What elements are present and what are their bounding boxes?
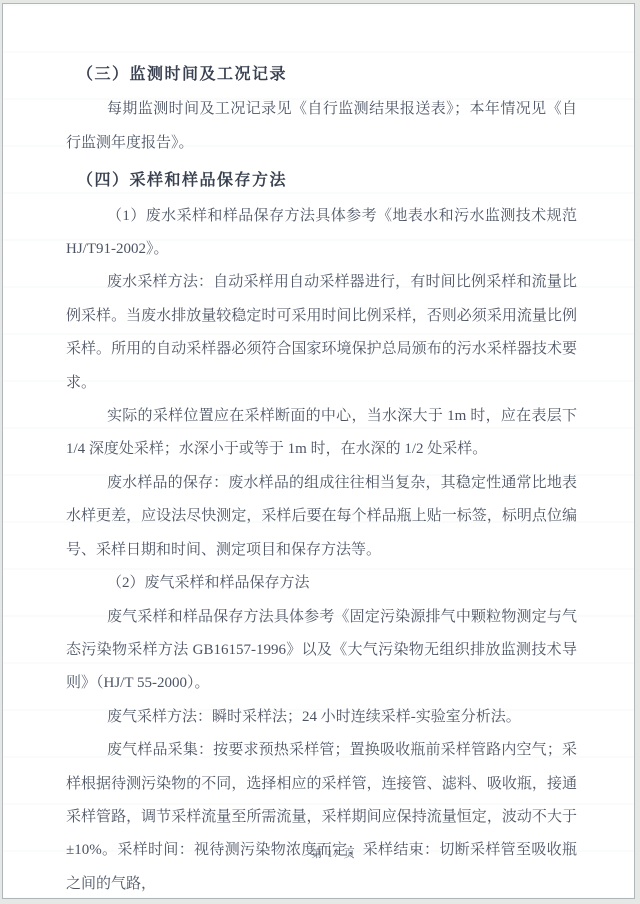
scanned-page: （三）监测时间及工况记录每期监测时间及工况记录见《自行监测结果报送表》；本年情况… (2, 3, 635, 899)
paragraph: 废水采样方法：自动采样用自动采样器进行，有时间比例采样和流量比例采样。当废水排放… (66, 266, 577, 400)
paragraph: 废气采样和样品保存方法具体参考《固定污染源排气中颗粒物测定与气态污染物采样方法 … (66, 601, 577, 701)
paragraph: （1）废水采样和样品保存方法具体参考《地表水和污水监测技术规范 HJ/T91-2… (66, 200, 577, 267)
page-body: （三）监测时间及工况记录每期监测时间及工况记录见《自行监测结果报送表》；本年情况… (66, 58, 577, 901)
paragraph: 废气样品采集：按要求预热采样管；置换吸收瓶前采样管路内空气；采样根据待测污染物的… (66, 734, 577, 901)
section-heading: （三）监测时间及工况记录 (66, 58, 577, 91)
paragraph: （2）废气采样和样品保存方法 (66, 567, 577, 600)
page-number: 第 17 页 (78, 845, 589, 861)
paragraph: 实际的采样位置应在采样断面的中心，当水深大于 1m 时，应在表层下 1/4 深度… (66, 400, 577, 467)
paragraph: 废气采样方法：瞬时采样法；24 小时连续采样-实验室分析法。 (66, 701, 577, 734)
paragraph: 每期监测时间及工况记录见《自行监测结果报送表》；本年情况见《自行监测年度报告》。 (66, 93, 577, 160)
section-heading: （四）采样和样品保存方法 (66, 164, 577, 197)
paragraph: 废水样品的保存：废水样品的组成往往相当复杂，其稳定性通常比地表水样更差，应设法尽… (66, 467, 577, 567)
